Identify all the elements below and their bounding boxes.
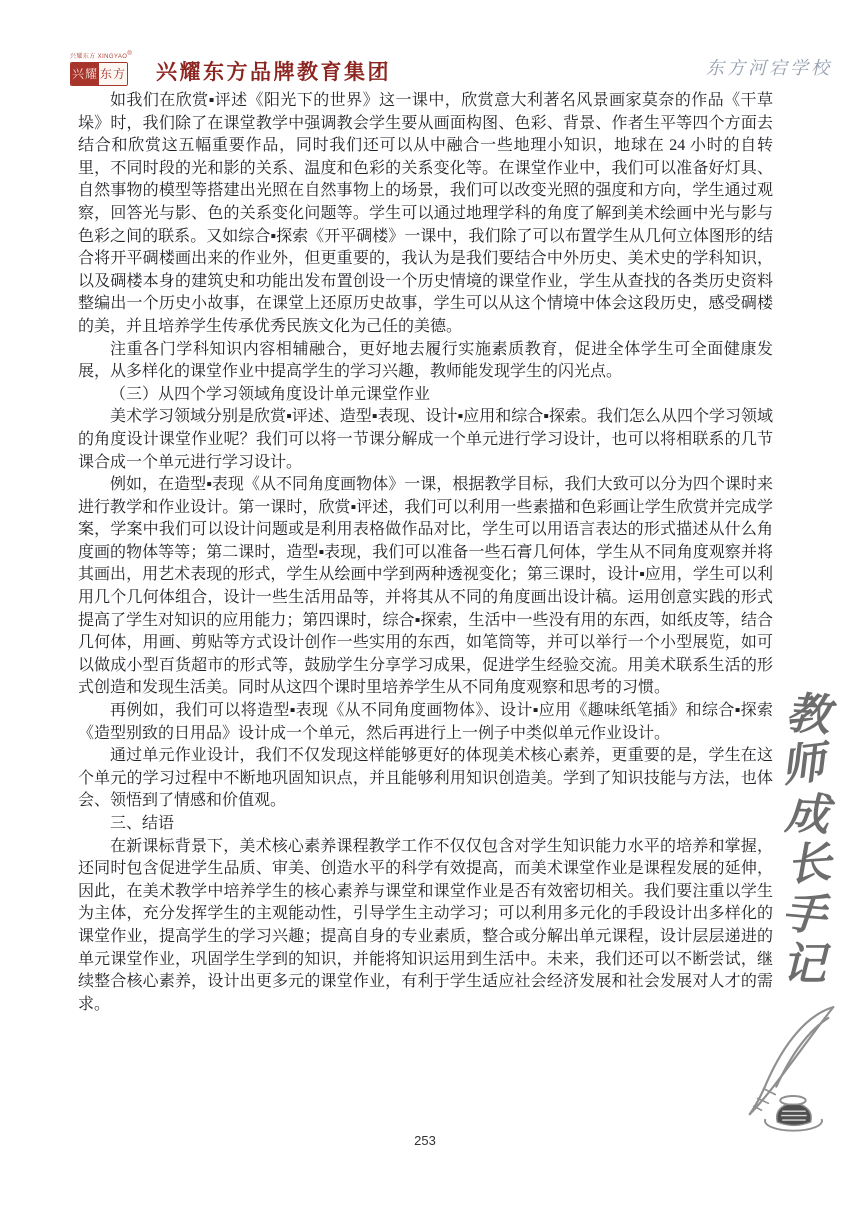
calligraphy-char: 成 bbox=[784, 789, 831, 841]
calligraphy-char: 教 bbox=[784, 689, 831, 742]
paragraph: 通过单元作业设计，我们不仅发现这样能够更好的体现美术核心素养，更重要的是，学生在… bbox=[78, 745, 773, 813]
calligraphy-char: 长 bbox=[785, 838, 832, 891]
paragraph: 三、结语 bbox=[78, 813, 773, 836]
document-body: 如我们在欣赏▪评述《阳光下的世界》这一课中，欣赏意大利著名风景画家莫奈的作品《干… bbox=[78, 90, 773, 1016]
ink-bottle-icon bbox=[765, 1096, 822, 1131]
registered-mark: ® bbox=[127, 51, 132, 57]
paragraph: 如我们在欣赏▪评述《阳光下的世界》这一课中，欣赏意大利著名风景画家莫奈的作品《干… bbox=[78, 90, 773, 339]
page-number: 253 bbox=[0, 1133, 850, 1148]
quill-ink-illustration bbox=[738, 998, 846, 1138]
brand-name: 兴耀东方品牌教育集团 bbox=[156, 56, 391, 86]
brand-logo-top-text: 兴耀东方 XINGYAO® bbox=[70, 50, 156, 61]
paragraph: 注重各门学科知识内容相辅融合，更好地去履行实施素质教育，促进全体学生可全面健康发… bbox=[78, 339, 773, 384]
paragraph: 再例如，我们可以将造型▪表现《从不同角度画物体》、设计▪应用《趣味纸笔插》和综合… bbox=[78, 700, 773, 745]
brand-seal-icon: 兴耀 东方 bbox=[70, 62, 128, 86]
quill-pen-icon bbox=[738, 998, 846, 1138]
brand-seal-right: 东方 bbox=[99, 63, 127, 85]
calligraphy-char: 师 bbox=[778, 738, 828, 793]
document-page: 兴耀东方 XINGYAO® 兴耀 东方 兴耀东方品牌教育集团 东方河宕学校 如我… bbox=[0, 0, 850, 1205]
calligraphy-watermark: 教 师 成 长 手 记 bbox=[772, 690, 836, 990]
paragraph: （三）从四个学习领域角度设计单元课堂作业 bbox=[78, 384, 773, 407]
calligraphy-char: 手 bbox=[780, 888, 828, 942]
calligraphy-char: 记 bbox=[782, 940, 826, 990]
paragraph: 例如，在造型▪表现《从不同角度画物体》一课，根据教学目标，我们大致可以分为四个课… bbox=[78, 474, 773, 700]
school-name: 东方河宕学校 bbox=[706, 54, 832, 80]
brand-seal-left: 兴耀 bbox=[71, 63, 99, 85]
paragraph: 美术学习领域分别是欣赏▪评述、造型▪表现、设计▪应用和综合▪探索。我们怎么从四个… bbox=[78, 406, 773, 474]
paragraph: 在新课标背景下，美术核心素养课程教学工作不仅仅包含对学生知识能力水平的培养和掌握… bbox=[78, 836, 773, 1017]
